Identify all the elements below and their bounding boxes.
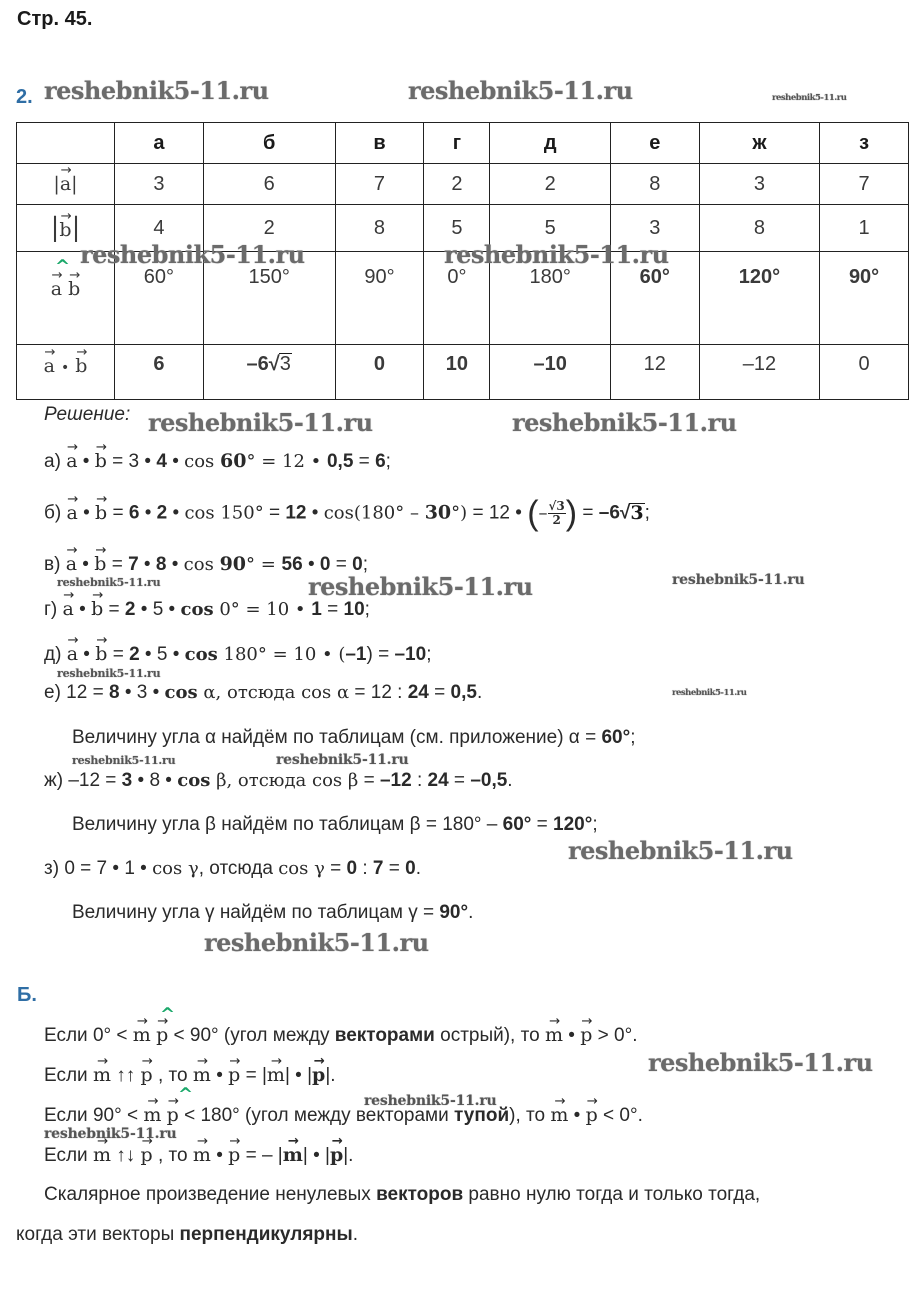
solution-line-d: д) a • b = 2 • 5 • cos 180° = 10 • (–1) … bbox=[44, 643, 431, 666]
solution-line-z: з) 0 = 7 • 1 • cos γ, отсюда cos γ = 0 :… bbox=[44, 858, 421, 880]
watermark: reshebnik5-11.ru bbox=[648, 1048, 873, 1077]
angle-hat-icon: ^ bbox=[178, 1084, 193, 1105]
table-cell: 7 bbox=[820, 164, 909, 205]
theory-line-obtuse: Если 90° < m p < 180° (угол между вектор… bbox=[44, 1104, 643, 1127]
column-header: з bbox=[820, 123, 909, 164]
table-cell: 90° bbox=[820, 252, 909, 345]
watermark: reshebnik5-11.ru bbox=[276, 752, 409, 768]
table-cell: 90° bbox=[335, 252, 424, 345]
table-row-a-magnitude: |a| 3 6 7 2 2 8 3 7 bbox=[17, 164, 909, 205]
solution-line-e: е) 12 = 8 • 3 • cos α, отсюда cos α = 12… bbox=[44, 682, 482, 704]
table-cell: –6√3 bbox=[203, 345, 335, 400]
table-cell: 0 bbox=[820, 345, 909, 400]
watermark: reshebnik5-11.ru bbox=[148, 408, 373, 437]
theory-line-acute: Если 0° < m p < 90° (угол между векторам… bbox=[44, 1024, 637, 1047]
watermark: reshebnik5-11.ru bbox=[57, 667, 160, 680]
row-label-dot-product: a • b bbox=[17, 345, 115, 400]
solution-note-z: Величину угла γ найдём по таблицам γ = 9… bbox=[72, 902, 473, 924]
column-header: в bbox=[335, 123, 424, 164]
column-header: б bbox=[203, 123, 335, 164]
watermark: reshebnik5-11.ru bbox=[772, 93, 846, 103]
table-cell: 8 bbox=[610, 164, 699, 205]
theory-conclusion-line-2: когда эти векторы перпендикулярны. bbox=[16, 1224, 358, 1246]
watermark: reshebnik5-11.ru bbox=[672, 572, 805, 588]
solution-note-e: Величину угла α найдём по таблицам (см. … bbox=[72, 727, 635, 749]
section-b-label: Б. bbox=[17, 984, 37, 1007]
watermark: reshebnik5-11.ru bbox=[568, 836, 793, 865]
column-header: е bbox=[610, 123, 699, 164]
table-cell: 3 bbox=[699, 164, 819, 205]
vector-b: b bbox=[68, 278, 80, 300]
table-cell: 6 bbox=[115, 345, 204, 400]
watermark: reshebnik5-11.ru bbox=[444, 240, 669, 269]
watermark: reshebnik5-11.ru bbox=[80, 240, 305, 269]
watermark: reshebnik5-11.ru bbox=[408, 76, 633, 105]
watermark: reshebnik5-11.ru bbox=[308, 572, 533, 601]
vector-a: a bbox=[44, 355, 55, 377]
table-cell: 3 bbox=[115, 164, 204, 205]
table-cell: 2 bbox=[490, 164, 610, 205]
watermark: reshebnik5-11.ru bbox=[512, 408, 737, 437]
vector-a: a bbox=[51, 278, 62, 300]
column-header: а bbox=[115, 123, 204, 164]
table-cell: 7 bbox=[335, 164, 424, 205]
table-cell: 12 bbox=[610, 345, 699, 400]
column-header: ж bbox=[699, 123, 819, 164]
table-corner-cell bbox=[17, 123, 115, 164]
watermark: reshebnik5-11.ru bbox=[204, 928, 429, 957]
watermark: reshebnik5-11.ru bbox=[672, 688, 746, 698]
theory-conclusion-line-1: Скалярное произведение ненулевых векторо… bbox=[44, 1184, 760, 1206]
watermark: reshebnik5-11.ru bbox=[57, 576, 160, 589]
table-cell: 10 bbox=[424, 345, 490, 400]
table-cell: 8 bbox=[335, 205, 424, 252]
solution-heading: Решение: bbox=[44, 404, 130, 426]
solution-line-zh: ж) –12 = 3 • 8 • cos β, отсюда cos β = –… bbox=[44, 770, 513, 792]
table-cell: 8 bbox=[699, 205, 819, 252]
page-title: Стр. 45. bbox=[17, 8, 92, 31]
table-cell: –12 bbox=[699, 345, 819, 400]
table-cell: 6 bbox=[203, 164, 335, 205]
table-cell: 0 bbox=[335, 345, 424, 400]
theory-line-opposite: Если m ↑↓ p , то m • p = – |m| • |p|. bbox=[44, 1144, 353, 1167]
solution-line-b: б) a • b = 6 • 2 • cos 150° = 12 • cos(1… bbox=[44, 500, 650, 527]
solution-line-a: а) a • b = 3 • 4 • cos 60° = 12 • 0,5 = … bbox=[44, 450, 391, 473]
column-header: г bbox=[424, 123, 490, 164]
vector-a: a bbox=[60, 173, 71, 195]
table-cell: –10 bbox=[490, 345, 610, 400]
table-cell: 2 bbox=[424, 164, 490, 205]
column-header: д bbox=[490, 123, 610, 164]
vector-b: b bbox=[75, 355, 87, 377]
row-label-a-magnitude: |a| bbox=[17, 164, 115, 205]
table-cell: 1 bbox=[820, 205, 909, 252]
task-number: 2. bbox=[16, 86, 33, 109]
watermark: reshebnik5-11.ru bbox=[44, 76, 269, 105]
table-cell: 120° bbox=[699, 252, 819, 345]
watermark: reshebnik5-11.ru bbox=[44, 1126, 177, 1142]
vector-b: b bbox=[59, 219, 71, 241]
table-row-dot-product: a • b 6 –6√3 0 10 –10 12 –12 0 bbox=[17, 345, 909, 400]
watermark: reshebnik5-11.ru bbox=[72, 754, 175, 767]
solution-line-g: г) a • b = 2 • 5 • cos 0° = 10 • 1 = 10; bbox=[44, 598, 370, 621]
solution-note-zh: Величину угла β найдём по таблицам β = 1… bbox=[72, 814, 598, 836]
watermark: reshebnik5-11.ru bbox=[364, 1093, 497, 1109]
table-header-row: а б в г д е ж з bbox=[17, 123, 909, 164]
